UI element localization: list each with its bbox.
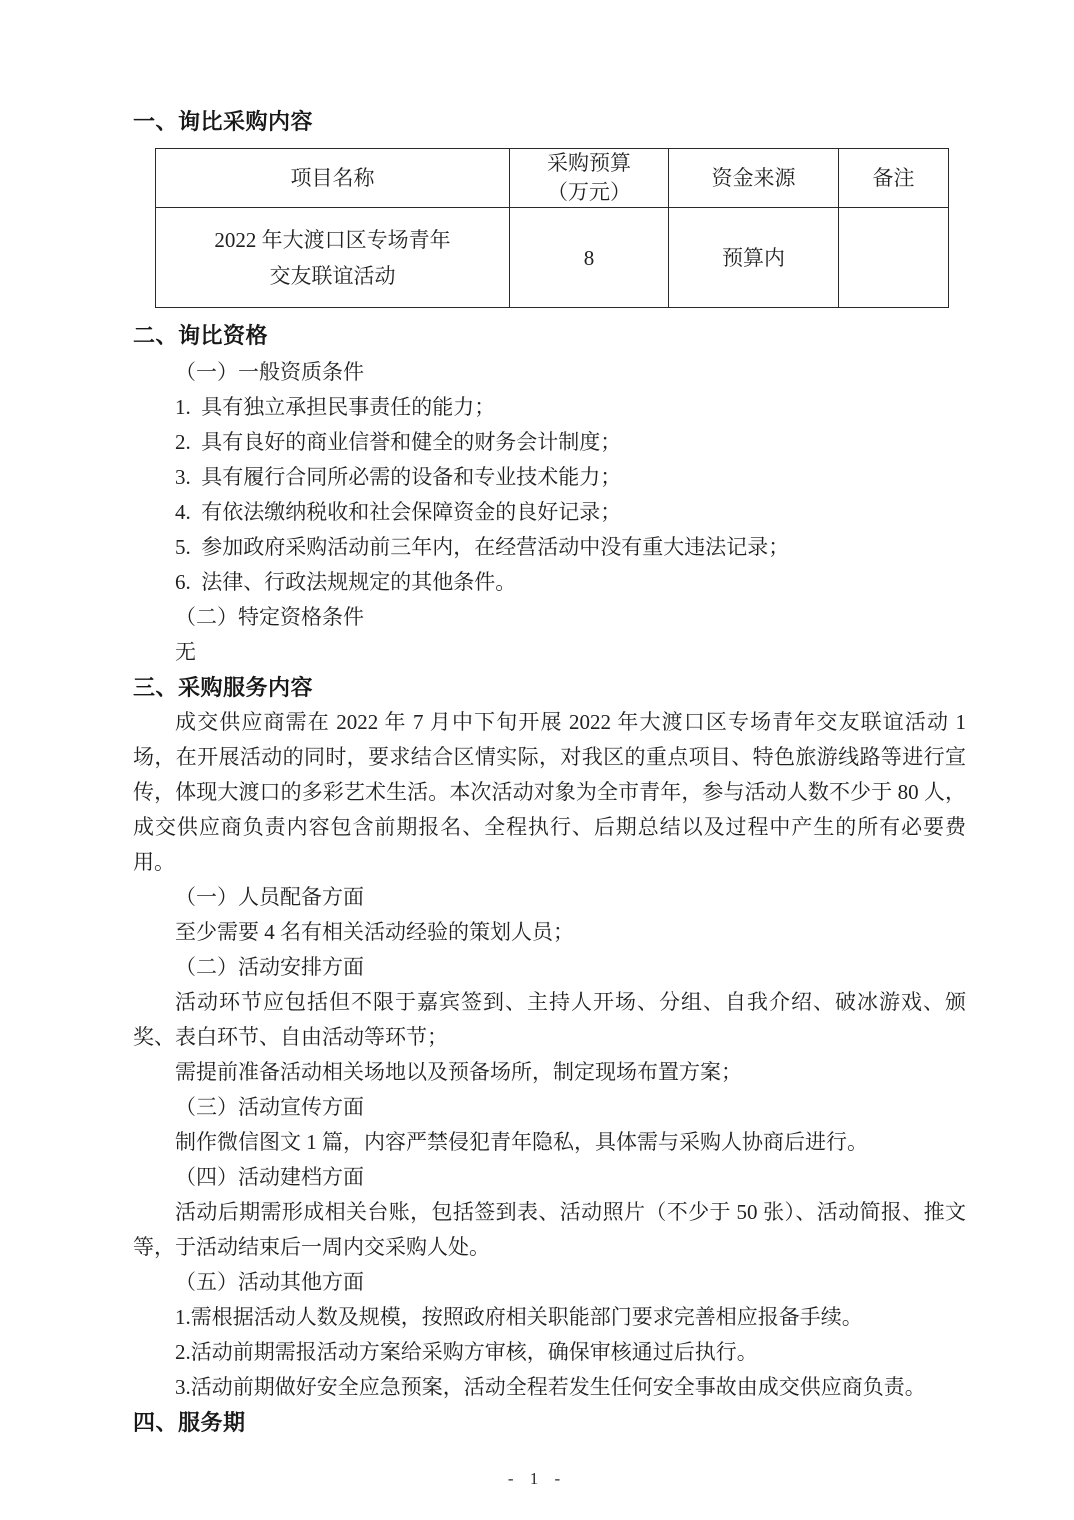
subsection-title-publicity: （三）活动宣传方面 — [133, 1090, 966, 1125]
cell-remark — [839, 208, 949, 308]
section-4-heading: 四、服务期 — [133, 1405, 966, 1440]
column-header-project-name: 项目名称 — [156, 149, 510, 208]
other-requirement-3: 3.活动前期做好安全应急预案，活动全程若发生任何安全事故由成交供应商负责。 — [133, 1370, 966, 1405]
section-1-heading: 一、询比采购内容 — [133, 104, 966, 139]
specific-qualification-value: 无 — [133, 635, 966, 670]
publicity-requirement: 制作微信图文 1 篇，内容严禁侵犯青年隐私，具体需与采购人协商后进行。 — [133, 1125, 966, 1160]
general-qualification-title: （一）一般资质条件 — [133, 355, 966, 390]
other-requirement-2: 2.活动前期需报活动方案给采购方审核，确保审核通过后执行。 — [133, 1335, 966, 1370]
staffing-requirement: 至少需要 4 名有相关活动经验的策划人员； — [133, 915, 966, 950]
procurement-info-table: 项目名称 采购预算 （万元） 资金来源 备注 2022 年大渡口区专场青年 交友… — [155, 148, 949, 308]
table-header-row: 项目名称 采购预算 （万元） 资金来源 备注 — [156, 149, 949, 208]
subsection-title-archiving: （四）活动建档方面 — [133, 1160, 966, 1195]
cell-project-name: 2022 年大渡口区专场青年 交友联谊活动 — [156, 208, 510, 308]
specific-qualification-title: （二）特定资格条件 — [133, 600, 966, 635]
general-qualification-item-1: 1. 具有独立承担民事责任的能力； — [133, 390, 966, 425]
table-row: 2022 年大渡口区专场青年 交友联谊活动 8 预算内 — [156, 208, 949, 308]
arrangement-activities: 活动环节应包括但不限于嘉宾签到、主持人开场、分组、自我介绍、破冰游戏、颁奖、表白… — [133, 985, 966, 1055]
service-intro-paragraph: 成交供应商需在 2022 年 7 月中下旬开展 2022 年大渡口区专场青年交友… — [133, 705, 966, 880]
subsection-title-arrangement: （二）活动安排方面 — [133, 950, 966, 985]
column-header-budget: 采购预算 （万元） — [510, 149, 669, 208]
cell-funding-source: 预算内 — [669, 208, 839, 308]
general-qualification-item-2: 2. 具有良好的商业信誉和健全的财务会计制度； — [133, 425, 966, 460]
page-number: - 1 - — [108, 1464, 966, 1494]
general-qualification-item-5: 5. 参加政府采购活动前三年内，在经营活动中没有重大违法记录； — [133, 530, 966, 565]
other-requirement-1: 1.需根据活动人数及规模，按照政府相关职能部门要求完善相应报备手续。 — [133, 1300, 966, 1335]
section-2-heading: 二、询比资格 — [133, 318, 966, 353]
column-header-funding-source: 资金来源 — [669, 149, 839, 208]
general-qualification-item-6: 6. 法律、行政法规规定的其他条件。 — [133, 565, 966, 600]
arrangement-venue: 需提前准备活动相关场地以及预备场所，制定现场布置方案； — [133, 1055, 966, 1090]
document-page: 一、询比采购内容 项目名称 采购预算 （万元） 资金来源 备注 2022 年大渡… — [0, 0, 1074, 1520]
general-qualification-item-4: 4. 有依法缴纳税收和社会保障资金的良好记录； — [133, 495, 966, 530]
archiving-requirement: 活动后期需形成相关台账，包括签到表、活动照片（不少于 50 张）、活动简报、推文… — [133, 1195, 966, 1265]
subsection-title-staffing: （一）人员配备方面 — [133, 880, 966, 915]
general-qualification-item-3: 3. 具有履行合同所必需的设备和专业技术能力； — [133, 460, 966, 495]
section-3-heading: 三、采购服务内容 — [133, 670, 966, 705]
cell-budget: 8 — [510, 208, 669, 308]
column-header-remark: 备注 — [839, 149, 949, 208]
subsection-title-others: （五）活动其他方面 — [133, 1265, 966, 1300]
